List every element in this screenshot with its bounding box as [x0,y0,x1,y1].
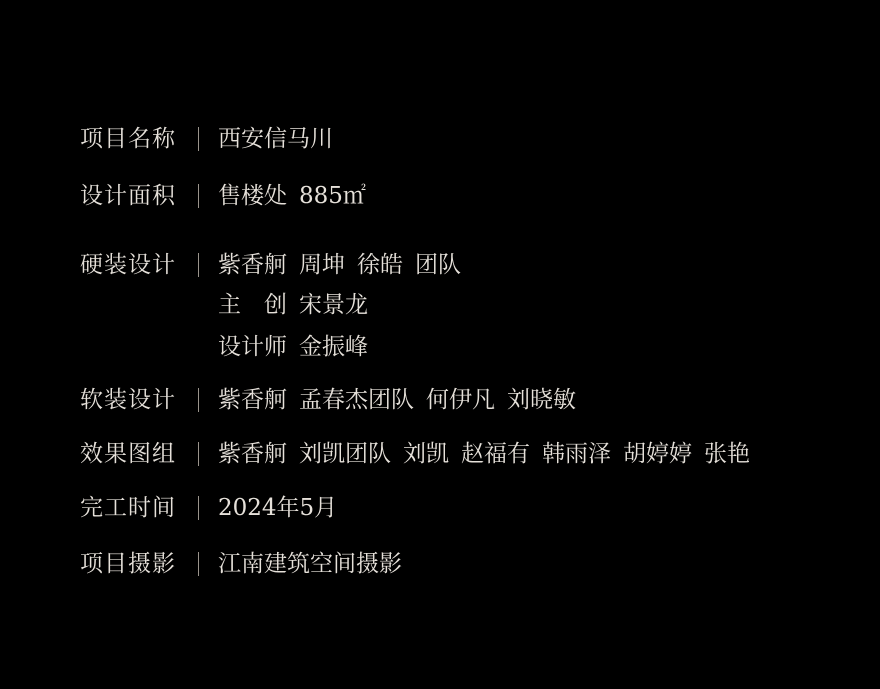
row-label: 软装设计 [80,385,176,415]
value-text: 设计师 [218,334,287,360]
separator-bar [198,552,199,576]
value-text: 紫香舸 [218,252,287,278]
area-value: 885㎡ [299,183,366,209]
row-value: 售楼处885㎡ [218,181,378,211]
row-value: 紫香舸周坤徐皓团队 [218,250,473,280]
value-text: 韩雨泽 [542,441,611,467]
value-text: 徐皓 [357,252,403,278]
separator-bar [198,184,199,208]
row-value: 紫香舸孟春杰团队何伊凡刘晓敏 [218,385,588,415]
value-text: 宋景龙 [299,292,368,318]
value-text: 紫香舸 [218,387,287,413]
value-text: 何伊凡 [426,387,495,413]
row-label: 项目名称 [80,124,176,154]
value-text: 金振峰 [299,334,368,360]
separator-bar [198,496,199,520]
value-text: 周坤 [299,252,345,278]
separator-bar [198,442,199,466]
value-text: 赵福有 [461,441,530,467]
row-label: 效果图组 [80,439,176,469]
value-text: 主 创 [218,292,287,318]
value-text: 胡婷婷 [623,441,692,467]
row-label: 完工时间 [80,493,176,523]
value-text: 刘凯 [403,441,449,467]
row-label: 项目摄影 [80,549,176,579]
value-text: 张艳 [704,441,750,467]
separator-bar [198,253,199,277]
value-text: 西安信马川 [218,126,333,152]
value-text: 刘晓敏 [507,387,576,413]
row-value: 2024年5月 [218,493,349,523]
row-value: 西安信马川 [218,124,345,154]
row-value: 主 创宋景龙 [218,290,380,320]
separator-bar [198,127,199,151]
row-value: 设计师金振峰 [218,332,380,362]
value-text: 刘凯团队 [299,441,391,467]
value-text: 售楼处 [218,183,287,209]
row-value: 紫香舸刘凯团队刘凯赵福有韩雨泽胡婷婷张艳 [218,439,762,469]
row-value: 江南建筑空间摄影 [218,549,414,579]
value-text: 2024年5月 [218,495,337,521]
row-label: 硬装设计 [80,250,176,280]
value-text: 团队 [415,252,461,278]
row-label: 设计面积 [80,181,176,211]
value-text: 紫香舸 [218,441,287,467]
separator-bar [198,388,199,412]
value-text: 江南建筑空间摄影 [218,551,402,577]
value-text: 孟春杰团队 [299,387,414,413]
